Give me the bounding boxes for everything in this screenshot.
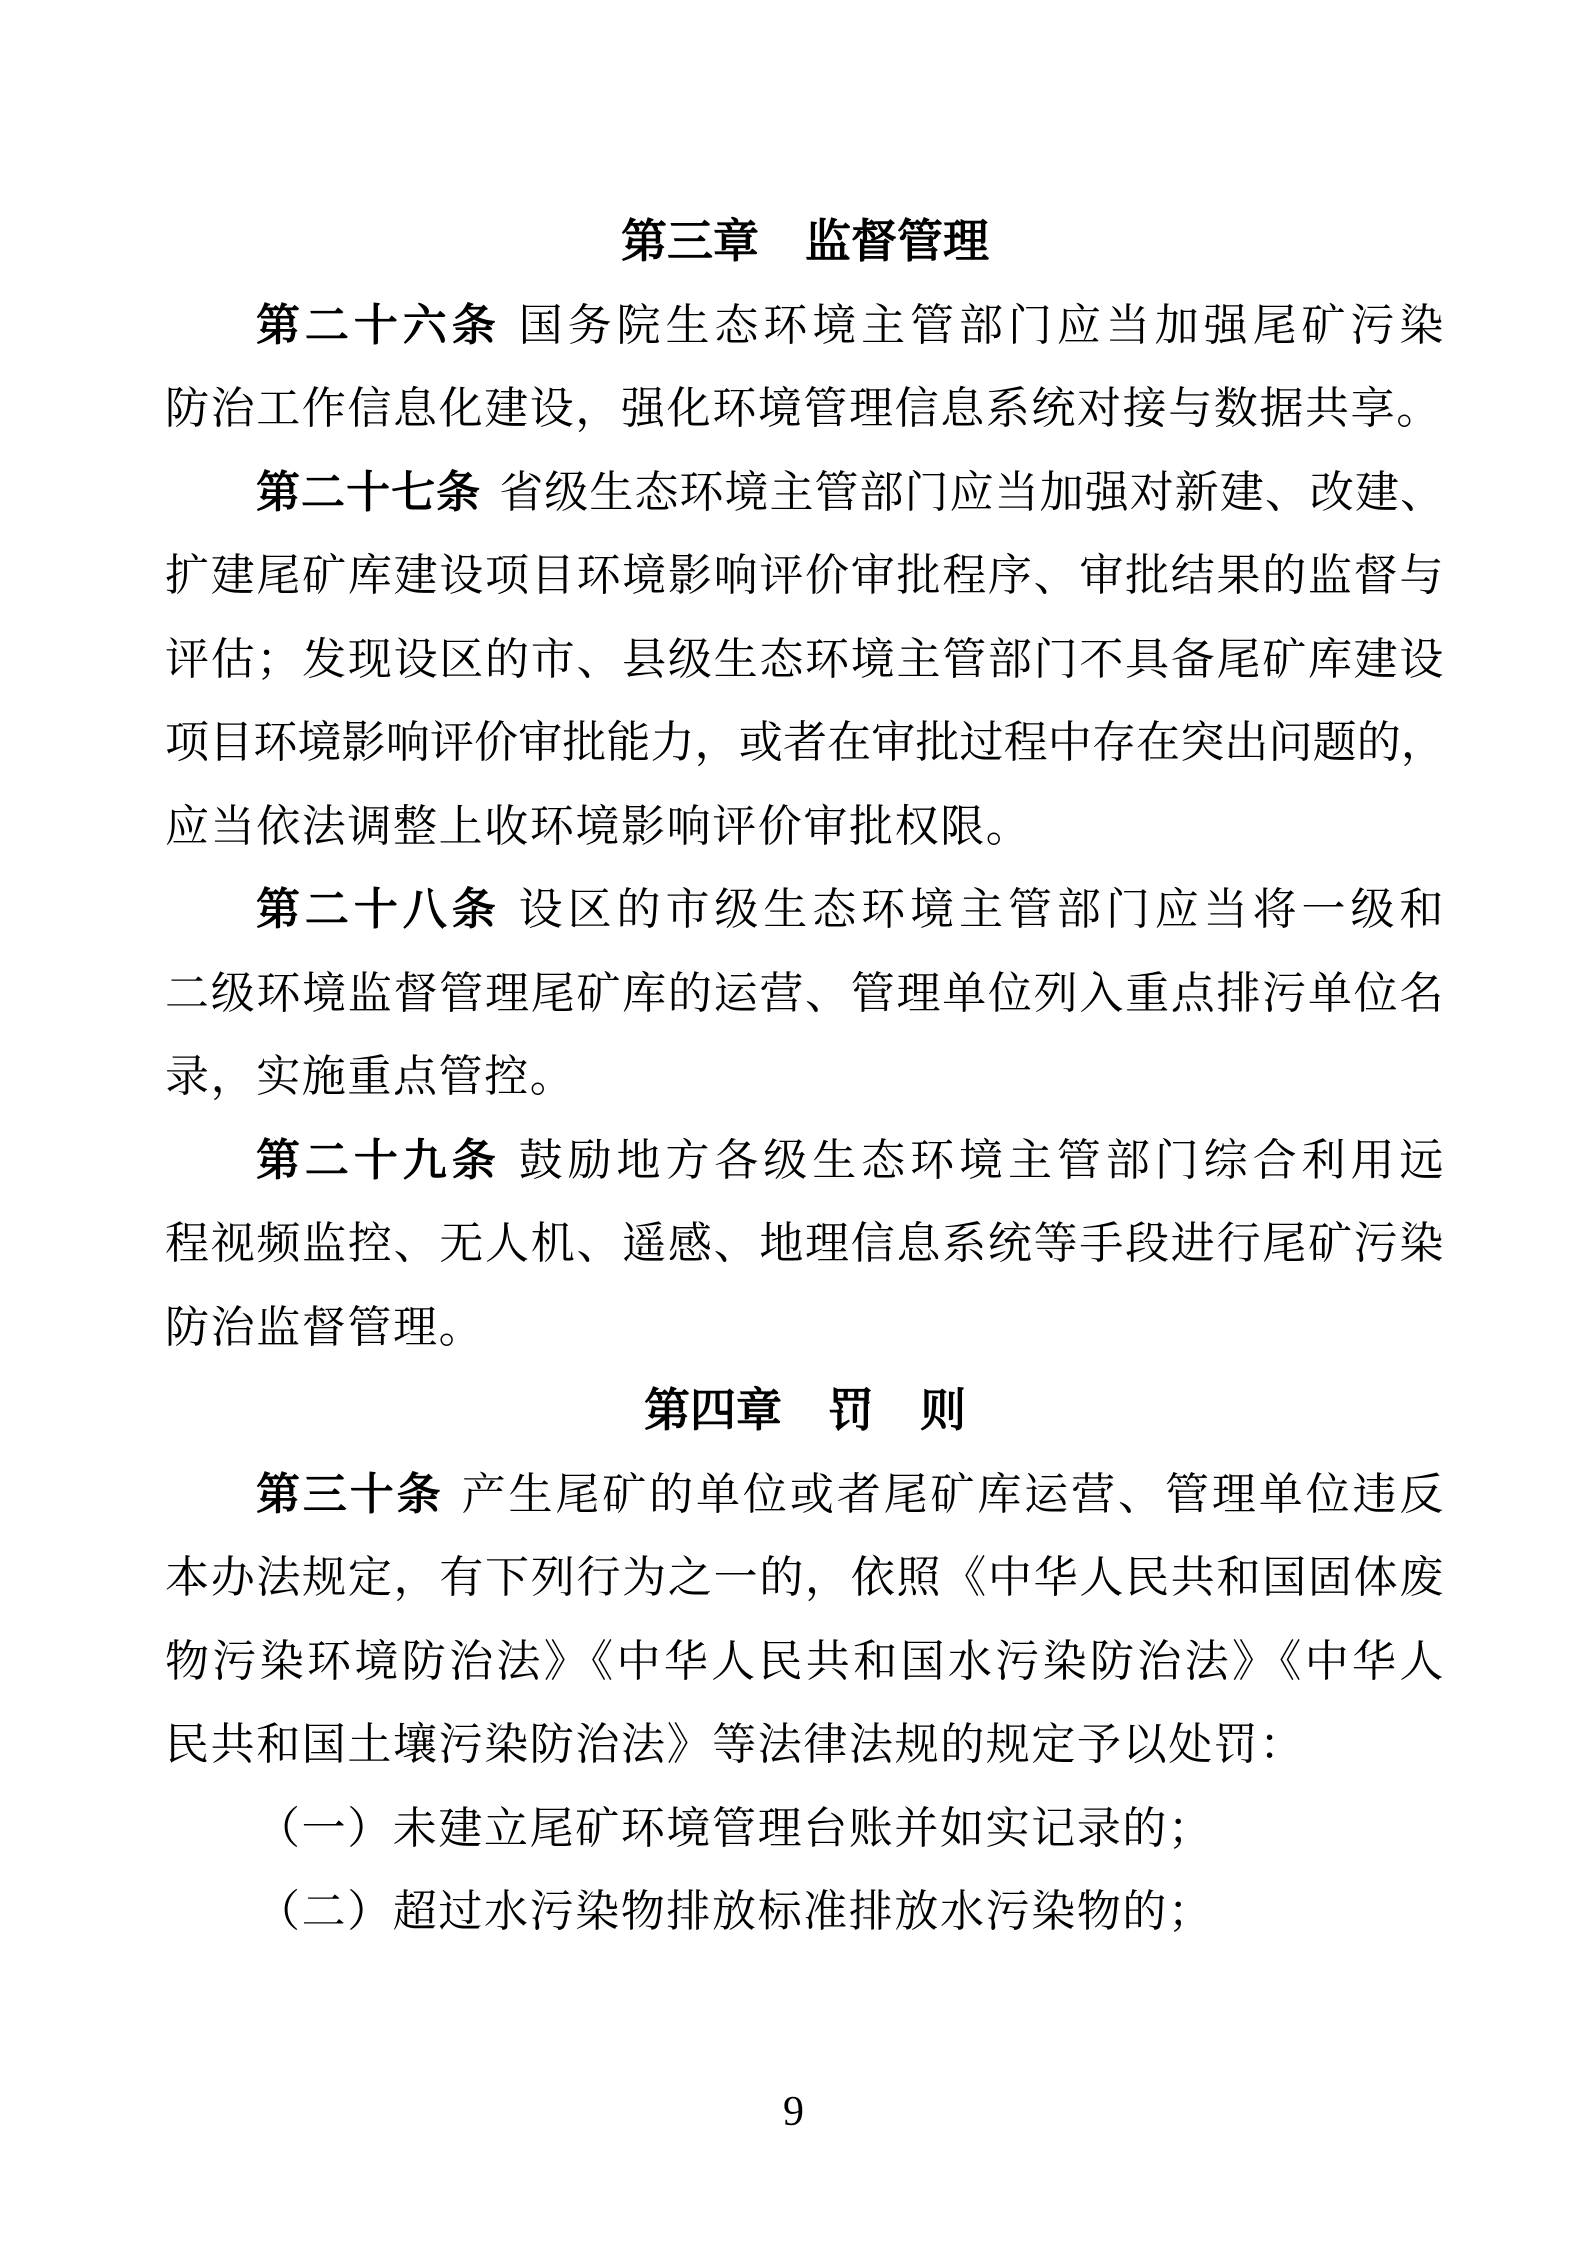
- article-27-line-5: 应当依法调整上收环境影响评价审批权限。: [165, 785, 1445, 869]
- article-29-line-2: 程视频监控、无人机、遥感、地理信息系统等手段进行尾矿污染: [165, 1202, 1445, 1286]
- line-text: 省级生态环境主管部门应当加强对新建、改建、: [499, 468, 1445, 517]
- line-text: 物污染环境防治法》《中华人民共和国水污染防治法》《中华人: [165, 1637, 1445, 1686]
- line-text: 设区的市级生态环境主管部门应当将一级和: [519, 885, 1445, 934]
- line-text: 国务院生态环境主管部门应当加强尾矿污染: [519, 301, 1445, 350]
- article-number: 第二十九条: [256, 1136, 501, 1185]
- line-text: 产生尾矿的单位或者尾矿库运营、管理单位违反: [462, 1470, 1445, 1519]
- article-28-line-2: 二级环境监督管理尾矿库的运营、管理单位列入重点排污单位名: [165, 952, 1445, 1036]
- line-text: 鼓励地方各级生态环境主管部门综合利用远: [519, 1136, 1445, 1185]
- line-text: 扩建尾矿库建设项目环境影响评价审批程序、审批结果的监督与: [165, 551, 1445, 600]
- page-number: 9: [0, 2088, 1587, 2136]
- line-text: 民共和国土壤污染防治法》等法律法规的规定予以处罚：: [165, 1720, 1305, 1769]
- line-text: 录，实施重点管控。: [165, 1052, 575, 1101]
- chapter-heading-text: 第四章 罚 则: [644, 1384, 966, 1436]
- article-30-item-1: （一）未建立尾矿环境管理台账并如实记录的；: [165, 1787, 1445, 1871]
- article-29-line-1: 第二十九条鼓励地方各级生态环境主管部门综合利用远: [165, 1119, 1445, 1203]
- article-29-line-3: 防治监督管理。: [165, 1286, 1445, 1370]
- line-text: 二级环境监督管理尾矿库的运营、管理单位列入重点排污单位名: [165, 969, 1445, 1018]
- article-27-line-4: 项目环境影响评价审批能力，或者在审批过程中存在突出问题的，: [165, 701, 1445, 785]
- chapter-3-heading: 第三章 监督管理: [165, 200, 1445, 284]
- article-30-line-1: 第三十条产生尾矿的单位或者尾矿库运营、管理单位违反: [165, 1453, 1445, 1537]
- article-27-line-1: 第二十七条省级生态环境主管部门应当加强对新建、改建、: [165, 451, 1445, 535]
- line-text: （一）未建立尾矿环境管理台账并如实记录的；: [256, 1804, 1214, 1853]
- article-30-line-3: 物污染环境防治法》《中华人民共和国水污染防治法》《中华人: [165, 1620, 1445, 1704]
- line-text: 防治工作信息化建设，强化环境管理信息系统对接与数据共享。: [165, 384, 1442, 433]
- article-number: 第二十六条: [256, 301, 501, 350]
- article-number: 第二十八条: [256, 885, 501, 934]
- article-30-item-2: （二）超过水污染物排放标准排放水污染物的；: [165, 1870, 1445, 1954]
- line-text: 评估；发现设区的市、县级生态环境主管部门不具备尾矿库建设: [165, 635, 1445, 684]
- chapter-heading-text: 第三章 监督管理: [621, 215, 989, 267]
- article-27-line-2: 扩建尾矿库建设项目环境影响评价审批程序、审批结果的监督与: [165, 534, 1445, 618]
- document-body: 第三章 监督管理第二十六条国务院生态环境主管部门应当加强尾矿污染防治工作信息化建…: [165, 200, 1445, 1954]
- article-27-line-3: 评估；发现设区的市、县级生态环境主管部门不具备尾矿库建设: [165, 618, 1445, 702]
- line-text: 本办法规定，有下列行为之一的，依照《中华人民共和国固体废: [165, 1553, 1445, 1602]
- line-text: 应当依法调整上收环境影响评价审批权限。: [165, 802, 1031, 851]
- line-text: （二）超过水污染物排放标准排放水污染物的；: [256, 1887, 1214, 1936]
- article-26-line-2: 防治工作信息化建设，强化环境管理信息系统对接与数据共享。: [165, 367, 1445, 451]
- document-page: 第三章 监督管理第二十六条国务院生态环境主管部门应当加强尾矿污染防治工作信息化建…: [0, 0, 1587, 2245]
- article-number: 第二十七条: [256, 468, 481, 517]
- line-text: 程视频监控、无人机、遥感、地理信息系统等手段进行尾矿污染: [165, 1219, 1445, 1268]
- article-30-line-4: 民共和国土壤污染防治法》等法律法规的规定予以处罚：: [165, 1703, 1445, 1787]
- article-30-line-2: 本办法规定，有下列行为之一的，依照《中华人民共和国固体废: [165, 1536, 1445, 1620]
- chapter-4-heading: 第四章 罚 则: [165, 1369, 1445, 1453]
- line-text: 防治监督管理。: [165, 1303, 484, 1352]
- article-28-line-3: 录，实施重点管控。: [165, 1035, 1445, 1119]
- article-26-line-1: 第二十六条国务院生态环境主管部门应当加强尾矿污染: [165, 284, 1445, 368]
- line-text: 项目环境影响评价审批能力，或者在审批过程中存在突出问题的，: [165, 718, 1445, 767]
- article-number: 第三十条: [256, 1470, 444, 1519]
- article-28-line-1: 第二十八条设区的市级生态环境主管部门应当将一级和: [165, 868, 1445, 952]
